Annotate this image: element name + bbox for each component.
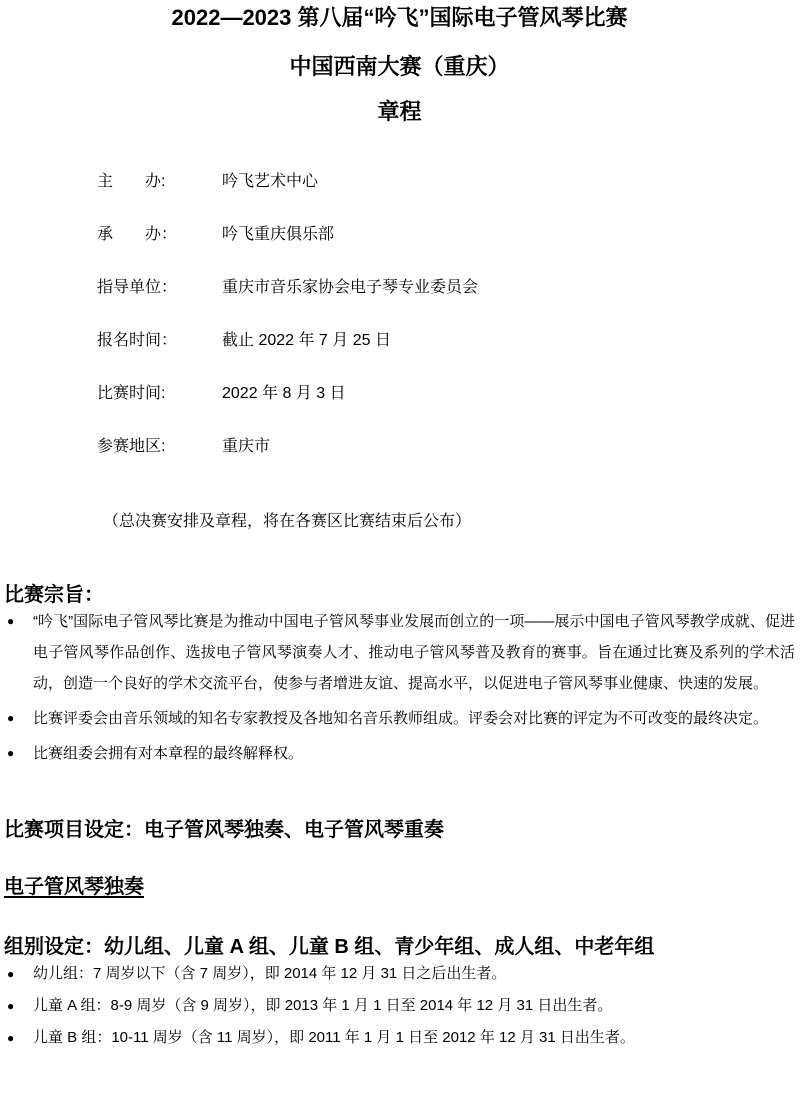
- info-row-guidance-unit: 指导单位：重庆市音乐家协会电子琴专业委员会: [97, 278, 795, 297]
- organizer-label: 承 办：: [97, 225, 222, 244]
- document-page: 2022—2023 第八届“吟飞”国际电子管风琴比赛 中国西南大赛（重庆） 章程…: [0, 0, 800, 1054]
- region-value: 重庆市: [222, 438, 270, 455]
- purpose-bullet-2-text: 比赛评委会由音乐领域的知名专家教授及各地知名音乐教师组成。评委会对比赛的评定为不…: [33, 703, 795, 734]
- bullet-icon: ●: [4, 703, 33, 734]
- info-row-competition-date: 比赛时间:2022 年 8 月 3 日: [97, 384, 795, 403]
- organizer-value: 吟飞重庆俱乐部: [222, 226, 334, 243]
- purpose-bullet-3-text: 比赛组委会拥有对本章程的最终解释权。: [33, 738, 795, 769]
- host-label: 主 办:: [97, 172, 222, 191]
- registration-deadline-value: 截止 2022 年 7 月 25 日: [222, 332, 391, 349]
- groups-heading: 组别设定：幼儿组、儿童 A 组、儿童 B 组、青少年组、成人组、中老年组: [4, 936, 795, 958]
- purpose-bullet-list: ● “吟飞”国际电子管风琴比赛是为推动中国电子管风琴事业发展而创立的一项——展示…: [4, 606, 795, 769]
- events-heading: 比赛项目设定：电子管风琴独奏、电子管风琴重奏: [4, 819, 795, 841]
- host-value: 吟飞艺术中心: [222, 173, 318, 190]
- solo-subheading: 电子管风琴独奏: [4, 876, 795, 898]
- group-bullet-list: ● 幼儿组：7 周岁以下（含 7 周岁），即 2014 年 12 月 31 日之…: [4, 958, 795, 1054]
- info-row-host: 主 办:吟飞艺术中心: [97, 172, 795, 191]
- guidance-unit-value: 重庆市音乐家协会电子琴专业委员会: [222, 279, 478, 296]
- purpose-bullet-2: ● 比赛评委会由音乐领域的知名专家教授及各地知名音乐教师组成。评委会对比赛的评定…: [4, 703, 795, 734]
- purpose-bullet-1: ● “吟飞”国际电子管风琴比赛是为推动中国电子管风琴事业发展而创立的一项——展示…: [4, 606, 795, 699]
- purpose-bullet-3: ● 比赛组委会拥有对本章程的最终解释权。: [4, 738, 795, 769]
- group-bullet-children-a-text: 儿童 A 组：8-9 周岁（含 9 周岁），即 2013 年 1 月 1 日至 …: [33, 990, 795, 1022]
- group-bullet-toddler: ● 幼儿组：7 周岁以下（含 7 周岁），即 2014 年 12 月 31 日之…: [4, 958, 795, 990]
- bullet-icon: ●: [4, 738, 33, 769]
- info-row-registration-deadline: 报名时间：截止 2022 年 7 月 25 日: [97, 331, 795, 350]
- info-row-organizer: 承 办：吟飞重庆俱乐部: [97, 225, 795, 244]
- bullet-icon: ●: [4, 1022, 33, 1054]
- doc-title-line3: 章程: [4, 100, 795, 124]
- competition-date-label: 比赛时间:: [97, 384, 222, 403]
- group-bullet-children-b-text: 儿童 B 组：10-11 周岁（含 11 周岁），即 2011 年 1 月 1 …: [33, 1022, 795, 1054]
- bullet-icon: ●: [4, 990, 33, 1022]
- doc-title-line1: 2022—2023 第八届“吟飞”国际电子管风琴比赛: [4, 6, 795, 30]
- info-row-region: 参赛地区:重庆市: [97, 437, 795, 456]
- group-bullet-children-b: ● 儿童 B 组：10-11 周岁（含 11 周岁），即 2011 年 1 月 …: [4, 1022, 795, 1054]
- region-label: 参赛地区:: [97, 437, 222, 456]
- purpose-bullet-1-text: “吟飞”国际电子管风琴比赛是为推动中国电子管风琴事业发展而创立的一项——展示中国…: [33, 606, 795, 699]
- info-section: 主 办:吟飞艺术中心 承 办：吟飞重庆俱乐部 指导单位：重庆市音乐家协会电子琴专…: [97, 172, 795, 456]
- purpose-heading: 比赛宗旨：: [4, 584, 795, 606]
- group-bullet-toddler-text: 幼儿组：7 周岁以下（含 7 周岁），即 2014 年 12 月 31 日之后出…: [33, 958, 795, 990]
- bullet-icon: ●: [4, 606, 33, 699]
- finals-note: （总决赛安排及章程，将在各赛区比赛结束后公布）: [103, 512, 795, 532]
- guidance-unit-label: 指导单位：: [97, 278, 222, 297]
- bullet-icon: ●: [4, 958, 33, 990]
- registration-deadline-label: 报名时间：: [97, 331, 222, 350]
- group-bullet-children-a: ● 儿童 A 组：8-9 周岁（含 9 周岁），即 2013 年 1 月 1 日…: [4, 990, 795, 1022]
- doc-title-line2: 中国西南大赛（重庆）: [4, 55, 795, 79]
- competition-date-value: 2022 年 8 月 3 日: [222, 385, 346, 402]
